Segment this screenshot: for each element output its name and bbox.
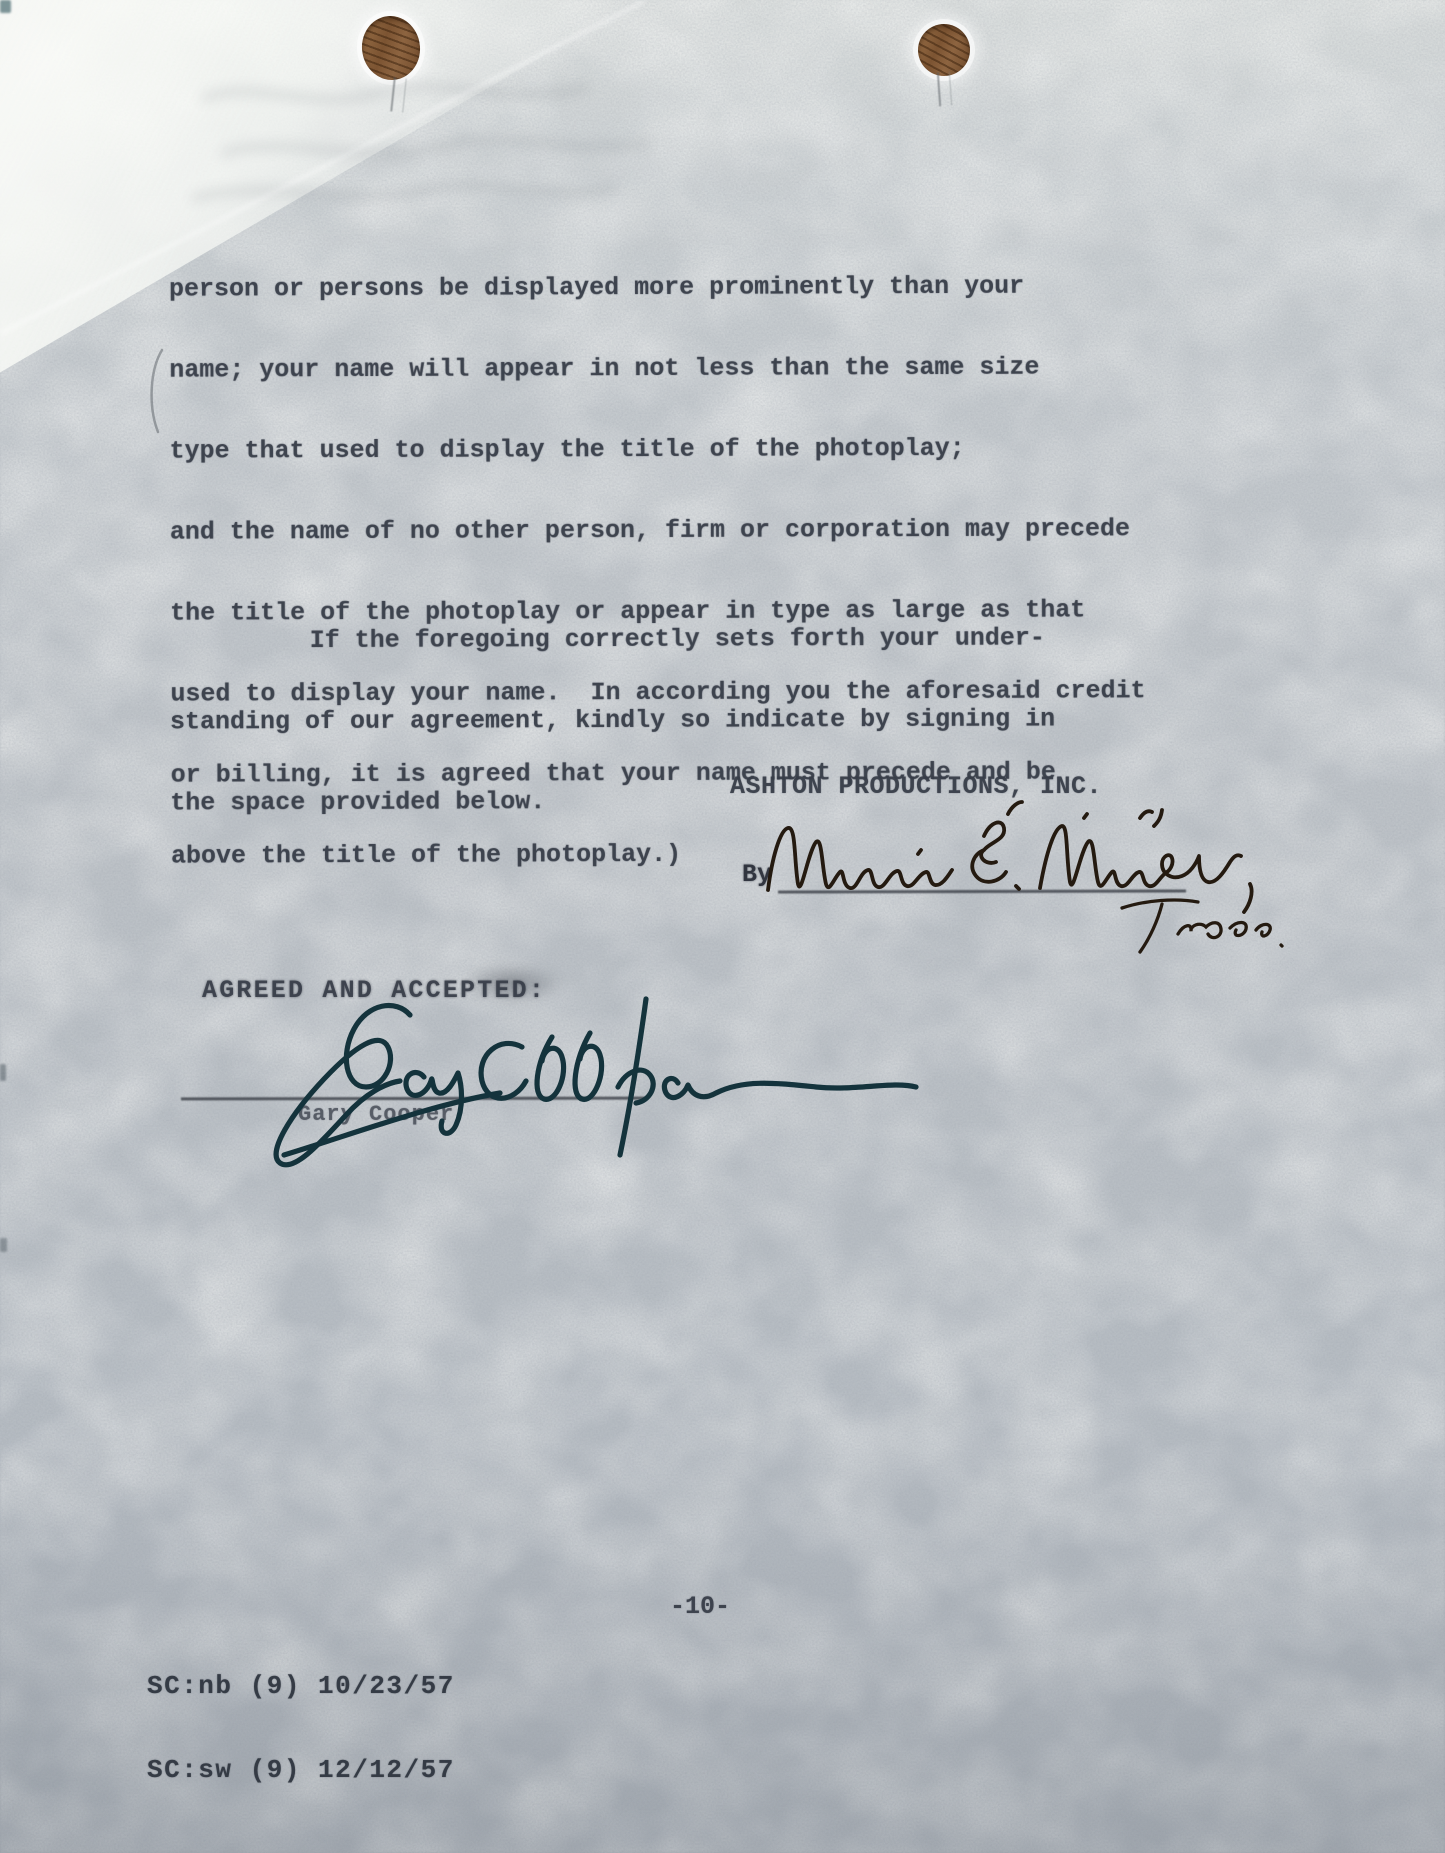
margin-paren-mark [144,346,168,436]
body-line: and the name of no other person, firm or… [170,515,1145,545]
closing-line: standing of our agreement, kindly so ind… [170,705,1055,735]
body-line: type that used to display the title of t… [170,434,1145,464]
reference-line: SC:sw (9) 12/12/57 [147,1756,455,1784]
punch-hole-right-tear [937,72,952,107]
gary-cooper-signature [200,985,930,1185]
closing-line: If the foregoing correctly sets forth yo… [170,624,1055,654]
edge-ink-speck [0,0,11,13]
company-name: ASHTON PRODUCTIONS, INC. [730,772,1102,801]
page-number: -10- [670,1592,730,1621]
edge-ink-speck [0,1064,6,1081]
punch-hole-right [918,24,970,76]
officer-title-handwriting [1118,890,1288,960]
reference-line: SC:nb (9) 10/23/57 [147,1672,455,1700]
reference-block: SC:nb (9) 10/23/57 SC:sw (9) 12/12/57 [147,1616,455,1840]
scanned-contract-page: person or persons be displayed more prom… [0,0,1445,1853]
edge-ink-speck [0,1238,7,1252]
body-line: person or persons be displayed more prom… [169,272,1144,302]
body-line: name; your name will appear in not less … [169,353,1144,383]
